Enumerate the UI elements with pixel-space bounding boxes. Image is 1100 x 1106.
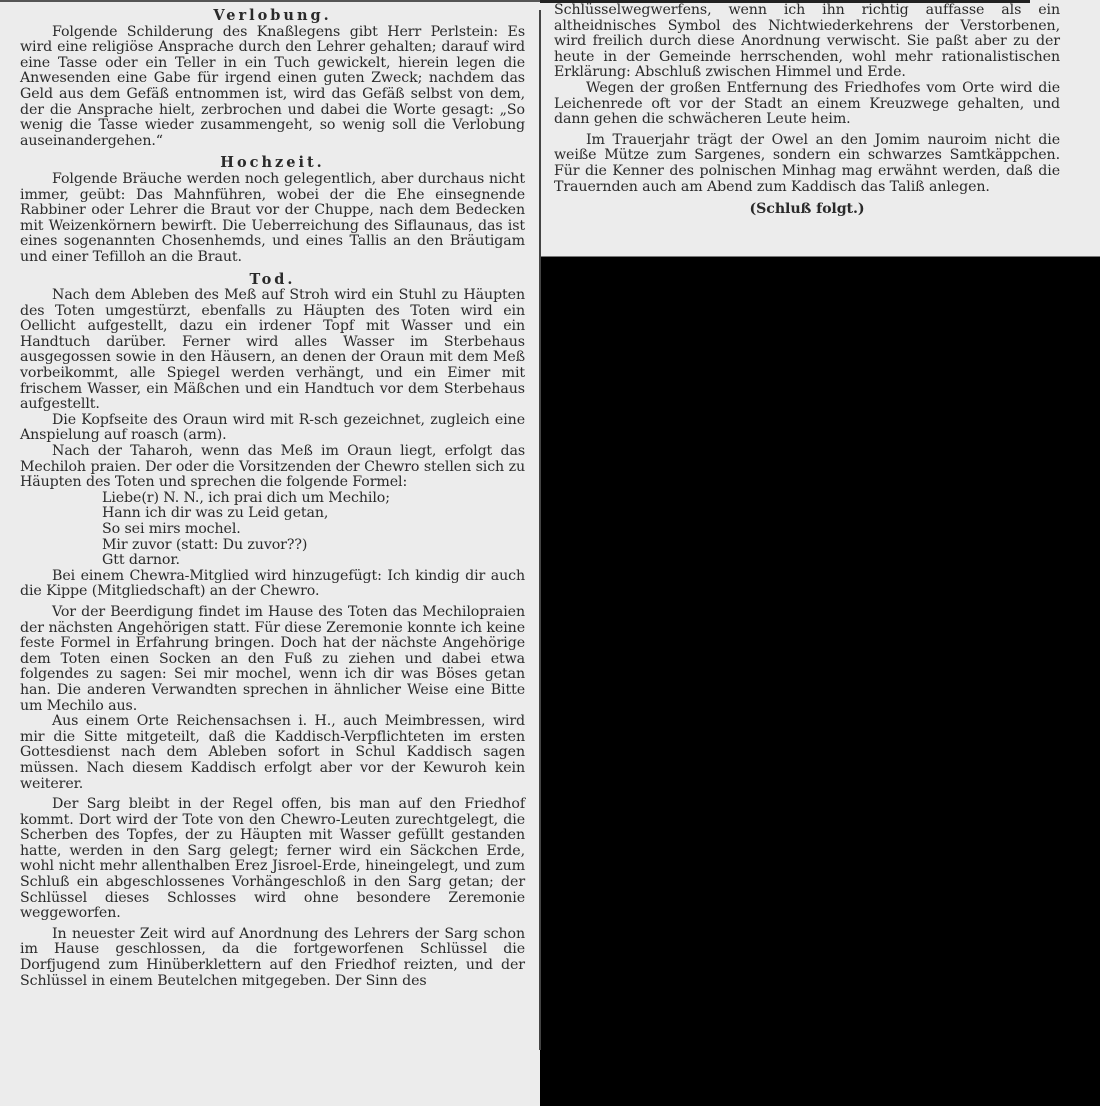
paragraph: Im Trauerjahr trägt der Owel an den Jomi…	[554, 133, 1060, 195]
paragraph: Folgende Schilderung des Knaßlegens gibt…	[20, 25, 525, 150]
left-column: Verlobung. Folgende Schilderung des Knaß…	[20, 8, 525, 989]
verse-line: Mir zuvor (statt: Du zuvor??)	[102, 538, 525, 554]
paragraph: Folgende Bräuche werden noch gelegentlic…	[20, 172, 525, 266]
paragraph: Nach der Taharoh, wenn das Meß im Oraun …	[20, 444, 525, 491]
paragraph: In neuester Zeit wird auf Anordnung des …	[20, 927, 525, 989]
continued-note: (Schluß folgt.)	[554, 202, 1060, 218]
paragraph: Wegen der großen Entfernung des Friedhof…	[554, 81, 1060, 128]
blank-scan-area	[541, 257, 1100, 1106]
section-heading-tod: Tod.	[20, 272, 525, 288]
verse-line: Liebe(r) N. N., ich prai dich um Mechilo…	[102, 491, 525, 507]
section-heading-verlobung: Verlobung.	[20, 8, 525, 24]
verse-line: Gtt darnor.	[102, 553, 525, 569]
paragraph: Die Kopfseite des Oraun wird mit R-sch g…	[20, 413, 525, 444]
paragraph: Bei einem Chewra-Mitglied wird hinzugefü…	[20, 569, 525, 600]
paragraph: Schlüsselwegwerfens, wenn ich ihn richti…	[554, 3, 1060, 81]
paragraph: Nach dem Ableben des Meß auf Stroh wird …	[20, 288, 525, 413]
paragraph: Aus einem Orte Reichensachsen i. H., auc…	[20, 714, 525, 792]
verse-line: So sei mirs mochel.	[102, 522, 525, 538]
right-column: Schlüsselwegwerfens, wenn ich ihn richti…	[554, 3, 1060, 218]
section-heading-hochzeit: Hochzeit.	[20, 155, 525, 171]
verse-line: Hann ich dir was zu Leid getan,	[102, 506, 525, 522]
top-rule	[0, 0, 540, 2]
paragraph: Vor der Beerdigung findet im Hause des T…	[20, 605, 525, 714]
paragraph: Der Sarg bleibt in der Regel offen, bis …	[20, 797, 525, 922]
